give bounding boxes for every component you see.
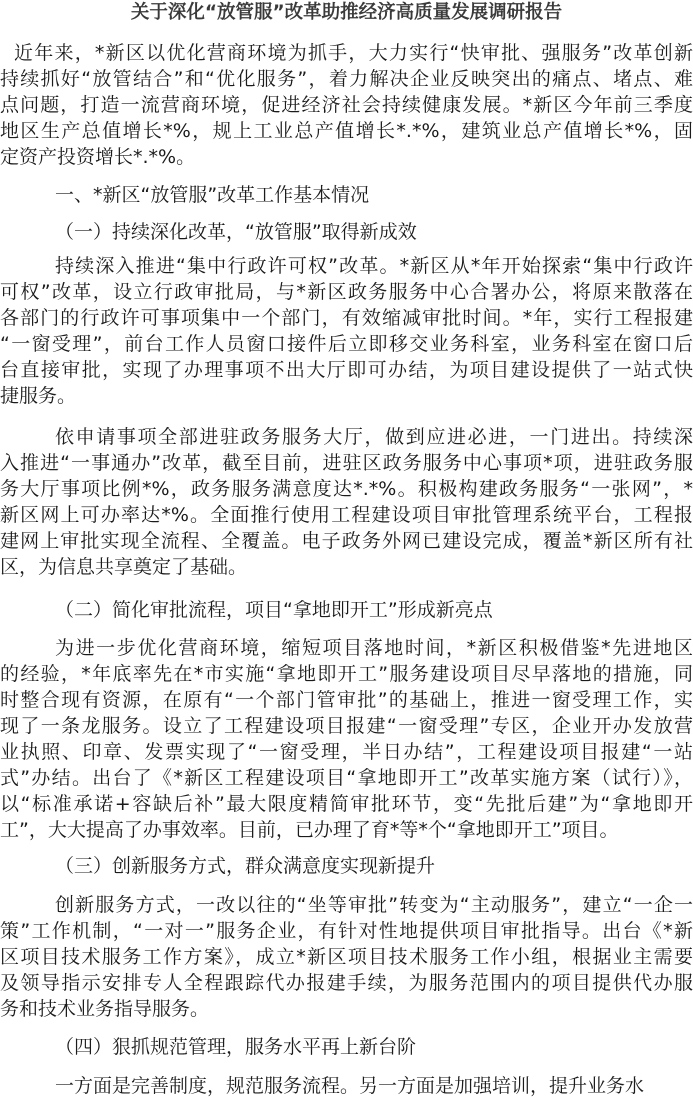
text-line: 务大厅事项比例*%，政务服务满意度达*.*%。积极构建政务服务“一张网”，* [0, 476, 693, 502]
subsection-heading-3: （三）创新服务方式，群众满意度实现新提升 [0, 853, 693, 879]
text-line: 为进一步优化营商环境，缩短项目落地时间，*新区积极借鉴*先进地区 [0, 635, 693, 661]
section-heading-1: 一、*新区“放管服”改革工作基本情况 [0, 182, 693, 208]
text-line: 定资产投资增长*.*%。 [0, 144, 693, 170]
paragraph: 依申请事项全部进驻政务服务大厅，做到应进必进，一门进出。持续深 入推进“一事通办… [0, 424, 693, 580]
text-line: 地区生产总值增长*%，规上工业总产值增长*.*%，建筑业总产值增长*%，固 [0, 118, 693, 144]
text-line: 及领导指示安排专人全程跟踪代办报建手续，为服务范围内的项目提供代办服 [0, 970, 693, 996]
text-line: 业执照、印章、发票实现了“一窗受理，半日办结”，工程建设项目报建“一站 [0, 739, 693, 765]
heading-text: （二）简化审批流程，项目“拿地即开工”形成新亮点 [0, 597, 693, 623]
text-line: 的经验，*年底率先在*市实施“拿地即开工”服务建设项目尽早落地的措施，同 [0, 661, 693, 687]
text-line: 一方面是完善制度，规范服务流程。另一方面是加强培训，提升业务水 [0, 1073, 693, 1097]
document-title: 关于深化“放管服”改革助推经济高质量发展调研报告 [0, 0, 693, 26]
document: 关于深化“放管服”改革助推经济高质量发展调研报告 近年来，*新区以优化营商环境为… [0, 0, 693, 1097]
text-line: 建网上审批实现全流程、全覆盖。电子政务外网已建设完成，覆盖*新区所有社 [0, 528, 693, 554]
heading-text: （一）持续深化改革，“放管服”取得新成效 [0, 219, 693, 245]
paragraph: 持续深入推进“集中行政许可权”改革。*新区从*年开始探索“集中行政许 可权”改革… [0, 253, 693, 409]
paragraph: 为进一步优化营商环境，缩短项目落地时间，*新区积极借鉴*先进地区 的经验，*年底… [0, 635, 693, 843]
text-line: 持续抓好“放管结合”和“优化服务”，着力解决企业反映突出的痛点、堵点、难 [0, 66, 693, 92]
paragraph-intro: 近年来，*新区以优化营商环境为抓手，大力实行“快审批、强服务”改革创新 持续抓好… [0, 40, 693, 170]
text-line: “一窗受理”，前台工作人员窗口接件后立即移交业务科室，业务科室在窗口后 [0, 331, 693, 357]
text-line: 近年来，*新区以优化营商环境为抓手，大力实行“快审批、强服务”改革创新 [0, 40, 693, 66]
text-line: 点问题，打造一流营商环境，促进经济社会持续健康发展。*新区今年前三季度 [0, 92, 693, 118]
text-line: 以“标准承诺+容缺后补”最大限度精简审批环节，变“先批后建”为“拿地即开 [0, 791, 693, 817]
subsection-heading-2: （二）简化审批流程，项目“拿地即开工”形成新亮点 [0, 597, 693, 623]
text-line: 各部门的行政许可事项集中一个部门，有效缩减审批时间。*年，实行工程报建 [0, 305, 693, 331]
text-line: 持续深入推进“集中行政许可权”改革。*新区从*年开始探索“集中行政许 [0, 253, 693, 279]
paragraph: 创新服务方式，一改以往的“坐等审批”转变为“主动服务”，建立“一企一 策”工作机… [0, 892, 693, 1022]
text-line: 务和技术业务指导服务。 [0, 996, 693, 1022]
text-line: 区，为信息共享奠定了基础。 [0, 554, 693, 580]
text-line: 现了一条龙服务。设立了工程建设项目报建“一窗受理”专区，企业开办发放营 [0, 713, 693, 739]
heading-text: （三）创新服务方式，群众满意度实现新提升 [0, 853, 693, 879]
heading-text: （四）狠抓规范管理，服务水平再上新台阶 [0, 1034, 693, 1060]
text-line: 创新服务方式，一改以往的“坐等审批”转变为“主动服务”，建立“一企一 [0, 892, 693, 918]
text-line: 可权”改革，设立行政审批局，与*新区政务服务中心合署办公，将原来散落在 [0, 279, 693, 305]
text-line: 入推进“一事通办”改革，截至目前，进驻区政务服务中心事项*项，进驻政务服 [0, 450, 693, 476]
text-line: 时整合现有资源，在原有“一个部门管审批”的基础上，推进一窗受理工作，实 [0, 687, 693, 713]
text-line: 区项目技术服务工作方案》，成立*新区项目技术服务工作小组，根据业主需要 [0, 944, 693, 970]
text-line: 工”，大大提高了办事效率。目前，已办理了育*等*个“拿地即开工”项目。 [0, 817, 693, 843]
subsection-heading-4: （四）狠抓规范管理，服务水平再上新台阶 [0, 1034, 693, 1060]
paragraph: 一方面是完善制度，规范服务流程。另一方面是加强培训，提升业务水 [0, 1073, 693, 1097]
text-line: 依申请事项全部进驻政务服务大厅，做到应进必进，一门进出。持续深 [0, 424, 693, 450]
text-line: 新区网上可办率达*%。全面推行使用工程建设项目审批管理系统平台，工程报 [0, 502, 693, 528]
text-line: 捷服务。 [0, 383, 693, 409]
heading-text: 一、*新区“放管服”改革工作基本情况 [0, 182, 693, 208]
subsection-heading-1: （一）持续深化改革，“放管服”取得新成效 [0, 219, 693, 245]
text-line: 策”工作机制，“一对一”服务企业，有针对性地提供项目审批指导。出台《*新 [0, 918, 693, 944]
text-line: 台直接审批，实现了办理事项不出大厅即可办结，为项目建设提供了一站式快 [0, 357, 693, 383]
text-line: 式”办结。出台了《*新区工程建设项目“拿地即开工”改革实施方案（试行）》， [0, 765, 693, 791]
